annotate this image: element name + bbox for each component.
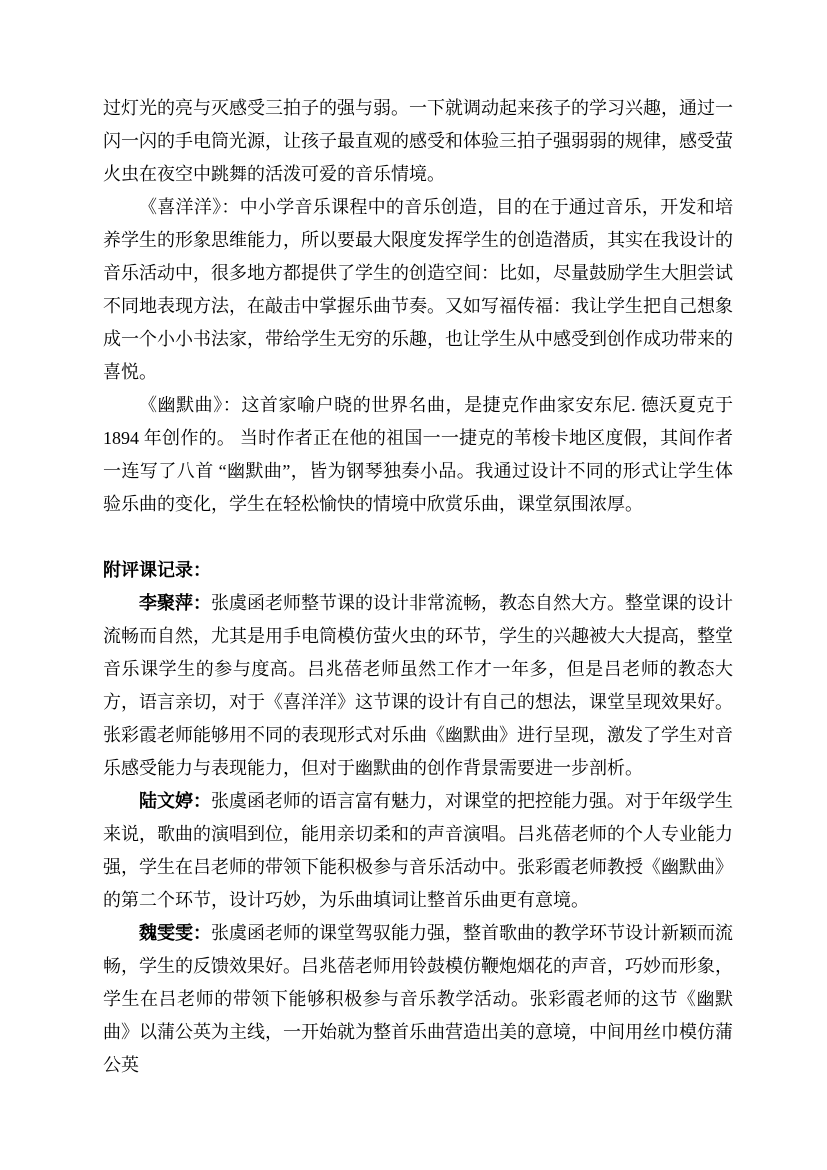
review-paragraph-lu-wenting: 陆文婷：张虞函老师的语言富有魅力，对课堂的把控能力强。对于年级学生来说，歌曲的演… — [103, 785, 733, 917]
reviewer-name-li-juping: 李聚萍： — [139, 593, 211, 613]
blank-line — [103, 521, 733, 554]
review-text-li-juping: 张虞函老师整节课的设计非常流畅，教态自然大方。整堂课的设计流畅而自然，尤其是用手… — [103, 593, 733, 778]
paragraph-youmoqu: 《幽默曲》：这首家喻户晓的世界名曲，是捷克作曲家安东尼. 德沃夏克于 1894 … — [103, 389, 733, 521]
document-page: 过灯光的亮与灭感受三拍子的强与弱。一下就调动起来孩子的学习兴趣，通过一闪一闪的手… — [0, 0, 827, 1170]
section-heading-review-record: 附评课记录： — [103, 554, 733, 587]
paragraph-continuation: 过灯光的亮与灭感受三拍子的强与弱。一下就调动起来孩子的学习兴趣，通过一闪一闪的手… — [103, 92, 733, 191]
reviewer-name-lu-wenting: 陆文婷： — [139, 791, 211, 811]
review-paragraph-li-juping: 李聚萍：张虞函老师整节课的设计非常流畅，教态自然大方。整堂课的设计流畅而自然，尤… — [103, 587, 733, 785]
review-text-wei-wenwen: 张虞函老师的课堂驾驭能力强，整首歌曲的教学环节设计新颖而流畅，学生的反馈效果好。… — [103, 923, 733, 1075]
paragraph-xiyangyang: 《喜洋洋》：中小学音乐课程中的音乐创造，目的在于通过音乐，开发和培养学生的形象思… — [103, 191, 733, 389]
reviewer-name-wei-wenwen: 魏雯雯： — [139, 923, 211, 943]
review-paragraph-wei-wenwen: 魏雯雯：张虞函老师的课堂驾驭能力强，整首歌曲的教学环节设计新颖而流畅，学生的反馈… — [103, 917, 733, 1082]
